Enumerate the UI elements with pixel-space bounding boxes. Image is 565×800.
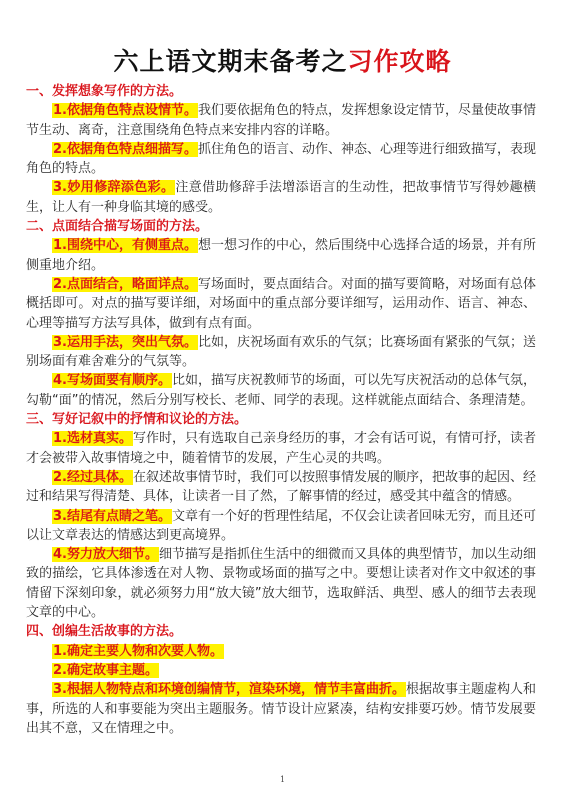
section-4: 四、创编生活故事的方法。 1.确定主要人物和次要人物。 2.确定故事主题。 3.… xyxy=(26,622,536,738)
item-label: 3.根据人物特点和环境创编情节，渲染环境，情节丰富曲折。 xyxy=(52,682,406,697)
page-number: 1 xyxy=(0,775,565,784)
list-item: 3.妙用修辞添色彩。注意借助修辞手法增添语言的生动性，把故事情节写得妙趣横生，让… xyxy=(26,178,536,217)
section-heading: 三、写好记叙中的抒情和议论的方法。 xyxy=(26,410,536,429)
document-page: 六上语文期末备考之习作攻略 一、发挥想象写作的方法。 1.依据角色特点设情节。我… xyxy=(0,0,565,800)
list-item: 3.根据人物特点和环境创编情节，渲染环境，情节丰富曲折。根据故事主题虚构人和事，… xyxy=(26,680,536,738)
item-label: 2.点面结合，略面详点。 xyxy=(52,277,198,292)
item-label: 1.确定主要人物和次要人物。 xyxy=(52,644,224,659)
section-heading: 二、点面结合描写场面的方法。 xyxy=(26,217,536,236)
item-label: 3.结尾有点睛之笔。 xyxy=(52,509,172,524)
list-item: 4.努力放大细节。细节描写是指抓住生活中的细微而又具体的典型情节，加以生动细致的… xyxy=(26,545,536,622)
section-2: 二、点面结合描写场面的方法。 1.围绕中心，有侧重点。想一想习作的中心，然后围绕… xyxy=(26,217,536,410)
item-label: 1.围绕中心，有侧重点。 xyxy=(52,238,198,253)
list-item: 2.点面结合，略面详点。写场面时，要点面结合。对面的描写要简略，对场面有总体概括… xyxy=(26,275,536,333)
item-label: 2.确定故事主题。 xyxy=(52,663,159,678)
list-item: 4.写场面要有顺序。比如，描写庆祝教师节的场面，可以先写庆祝活动的总体气氛，勾勒… xyxy=(26,371,536,410)
list-item: 3.结尾有点睛之笔。文章有一个好的哲理性结尾，不仅会让读者回味无穷，而且还可以让… xyxy=(26,507,536,546)
item-label: 4.写场面要有顺序。 xyxy=(52,373,172,388)
section-heading: 四、创编生活故事的方法。 xyxy=(26,622,536,641)
item-label: 3.运用手法，突出气氛。 xyxy=(52,335,198,350)
section-heading: 一、发挥想象写作的方法。 xyxy=(26,82,536,101)
item-label: 2.经过具体。 xyxy=(52,470,133,485)
document-body: 一、发挥想象写作的方法。 1.依据角色特点设情节。我们要依据角色的特点，发挥想象… xyxy=(26,82,536,738)
section-1: 一、发挥想象写作的方法。 1.依据角色特点设情节。我们要依据角色的特点，发挥想象… xyxy=(26,82,536,217)
item-label: 3.妙用修辞添色彩。 xyxy=(52,180,175,195)
title-main: 六上语文期末备考之 xyxy=(113,47,347,76)
list-item: 2.确定故事主题。 xyxy=(26,661,536,680)
list-item: 2.经过具体。在叙述故事情节时，我们可以按照事情发展的顺序，把故事的起因、经过和… xyxy=(26,468,536,507)
list-item: 2.依据角色特点细描写。抓住角色的语言、动作、神态、心理等进行细致描写，表现角色… xyxy=(26,140,536,179)
title-accent: 习作攻略 xyxy=(348,47,452,76)
item-label: 4.努力放大细节。 xyxy=(52,547,159,562)
item-label: 1.选材真实。 xyxy=(52,431,133,446)
list-item: 3.运用手法，突出气氛。比如，庆祝场面有欢乐的气氛；比赛场面有紧张的气氛；送别场… xyxy=(26,333,536,372)
list-item: 1.依据角色特点设情节。我们要依据角色的特点，发挥想象设定情节，尽量使故事情节生… xyxy=(26,101,536,140)
item-label: 2.依据角色特点细描写。 xyxy=(52,142,198,157)
list-item: 1.确定主要人物和次要人物。 xyxy=(26,642,536,661)
section-3: 三、写好记叙中的抒情和议论的方法。 1.选材真实。写作时，只有选取自己亲身经历的… xyxy=(26,410,536,622)
list-item: 1.选材真实。写作时，只有选取自己亲身经历的事，才会有话可说，有情可抒，读者才会… xyxy=(26,429,536,468)
page-title: 六上语文期末备考之习作攻略 xyxy=(0,46,565,78)
item-label: 1.依据角色特点设情节。 xyxy=(52,103,198,118)
list-item: 1.围绕中心，有侧重点。想一想习作的中心，然后围绕中心选择合适的场景，并有所侧重… xyxy=(26,236,536,275)
